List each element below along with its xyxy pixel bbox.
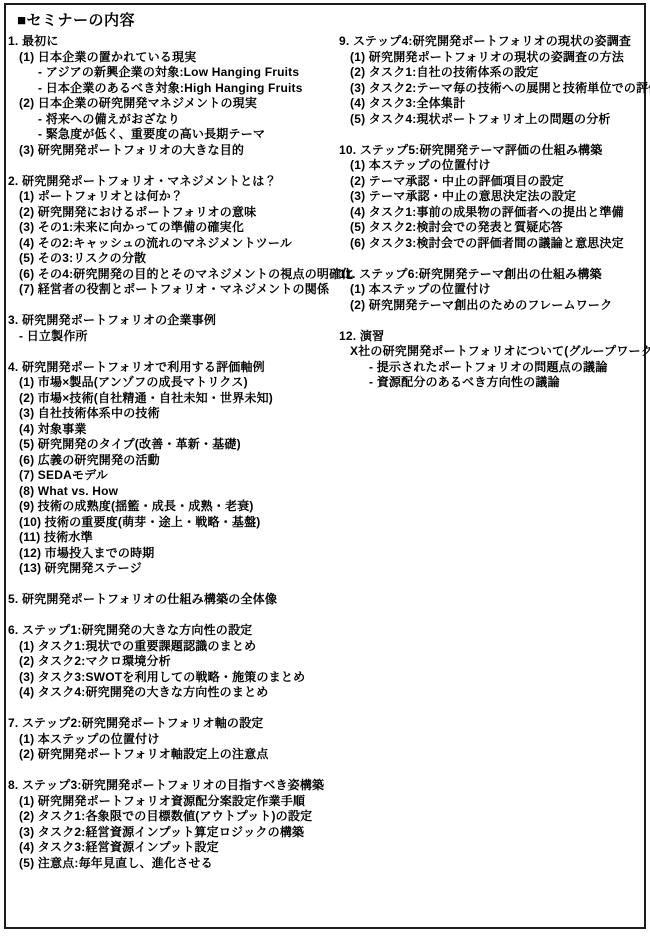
outline-item: (1) 研究開発ポートフォリオの現状の姿調査の方法 xyxy=(339,50,644,66)
outline-item: (5) 研究開発のタイプ(改善・革新・基礎) xyxy=(8,437,336,453)
outline-item: (6) その4:研究開発の目的とそのマネジメントの視点の明確化 xyxy=(8,267,336,283)
section-heading: 12. 演習 xyxy=(339,329,644,345)
section-heading: 10. ステップ5:研究開発テーマ評価の仕組み構築 xyxy=(339,143,644,159)
outline-section: 6. ステップ1:研究開発の大きな方向性の設定(1) タスク1:現状での重要課題… xyxy=(8,623,336,701)
outline-item: (11) 技術水準 xyxy=(8,530,336,546)
outline-section: 8. ステップ3:研究開発ポートフォリオの目指すべき姿構築(1) 研究開発ポート… xyxy=(8,778,336,871)
section-heading: 3. 研究開発ポートフォリオの企業事例 xyxy=(8,313,336,329)
document-page: { "title": "■セミナーの内容", "columns": { "lef… xyxy=(0,0,650,939)
outline-item: (3) その1:未来に向かっての準備の確実化 xyxy=(8,220,336,236)
outline-section: 5. 研究開発ポートフォリオの仕組み構築の全体像 xyxy=(8,592,336,608)
outline-section: 9. ステップ4:研究開発ポートフォリオの現状の姿調査(1) 研究開発ポートフォ… xyxy=(339,34,644,127)
outline-item: (9) 技術の成熟度(揺籃・成長・成熟・老衰) xyxy=(8,499,336,515)
outline-section: 11. ステップ6:研究開発テーマ創出の仕組み構築(1) 本ステップの位置付け(… xyxy=(339,267,644,314)
section-heading: 8. ステップ3:研究開発ポートフォリオの目指すべき姿構築 xyxy=(8,778,336,794)
outline-item: (2) 研究開発ポートフォリオ軸設定上の注意点 xyxy=(8,747,336,763)
section-heading: 5. 研究開発ポートフォリオの仕組み構築の全体像 xyxy=(8,592,336,608)
outline-item: (4) その2:キャッシュの流れのマネジメントツール xyxy=(8,236,336,252)
outline-item: - 緊急度が低く、重要度の高い長期テーマ xyxy=(8,127,336,143)
outline-section: 3. 研究開発ポートフォリオの企業事例- 日立製作所 xyxy=(8,313,336,344)
outline-item: (3) 自社技術体系中の技術 xyxy=(8,406,336,422)
outline-section: 12. 演習X社の研究開発ポートフォリオについて(グループワーク)- 提示された… xyxy=(339,329,644,391)
outline-item: (7) SEDAモデル xyxy=(8,468,336,484)
section-heading: 9. ステップ4:研究開発ポートフォリオの現状の姿調査 xyxy=(339,34,644,50)
outline-item: (3) タスク3:SWOTを利用しての戦略・施策のまとめ xyxy=(8,670,336,686)
outline-item: (1) ポートフォリオとは何か？ xyxy=(8,189,336,205)
outline-section: 2. 研究開発ポートフォリオ・マネジメントとは？(1) ポートフォリオとは何か？… xyxy=(8,174,336,298)
outline-item: (5) タスク4:現状ポートフォリオ上の問題の分析 xyxy=(339,112,644,128)
outline-item: (2) タスク2:マクロ環境分析 xyxy=(8,654,336,670)
outline-section: 1. 最初に(1) 日本企業の置かれている現実- アジアの新興企業の対象:Low… xyxy=(8,34,336,158)
outline-item: (2) タスク1:各象限での目標数値(アウトプット)の設定 xyxy=(8,809,336,825)
section-heading: 2. 研究開発ポートフォリオ・マネジメントとは？ xyxy=(8,174,336,190)
outline-item: (3) 研究開発ポートフォリオの大きな目的 xyxy=(8,143,336,159)
outline-item: - 日立製作所 xyxy=(8,329,336,345)
outline-item: (4) 対象事業 xyxy=(8,422,336,438)
outline-item: (1) 本ステップの位置付け xyxy=(339,282,644,298)
outline-item: - 将来への備えがおざなり xyxy=(8,112,336,128)
section-heading: 7. ステップ2:研究開発ポートフォリオ軸の設定 xyxy=(8,716,336,732)
outline-item: (6) タスク3:検討会での評価者間の議論と意思決定 xyxy=(339,236,644,252)
outline-item: (1) タスク1:現状での重要課題認識のまとめ xyxy=(8,639,336,655)
outline-item: (1) 日本企業の置かれている現実 xyxy=(8,50,336,66)
outline-item: (8) What vs. How xyxy=(8,484,336,500)
outline-item: (2) テーマ承認・中止の評価項目の設定 xyxy=(339,174,644,190)
section-heading: 1. 最初に xyxy=(8,34,336,50)
outline-item: (5) タスク2:検討会での発表と質疑応答 xyxy=(339,220,644,236)
outline-item: (4) タスク3:経営資源インプット設定 xyxy=(8,840,336,856)
outline-item: (12) 市場投入までの時期 xyxy=(8,546,336,562)
outline-item: (5) 注意点:毎年見直し、進化させる xyxy=(8,856,336,872)
outline-item: (4) タスク4:研究開発の大きな方向性のまとめ xyxy=(8,685,336,701)
outline-item: (5) その3:リスクの分散 xyxy=(8,251,336,267)
outline-item: (1) 本ステップの位置付け xyxy=(339,158,644,174)
outline-section: 7. ステップ2:研究開発ポートフォリオ軸の設定(1) 本ステップの位置付け(2… xyxy=(8,716,336,763)
outline-item: X社の研究開発ポートフォリオについて(グループワーク) xyxy=(339,344,644,360)
outline-item: - 日本企業のあるべき対象:High Hanging Fruits xyxy=(8,81,336,97)
outline-section: 4. 研究開発ポートフォリオで利用する評価軸例(1) 市場×製品(アンゾフの成長… xyxy=(8,360,336,577)
outline-item: (10) 技術の重要度(萌芽・途上・戦略・基盤) xyxy=(8,515,336,531)
outline-item: (3) タスク2:テーマ毎の技術への展開と技術単位での評価 xyxy=(339,81,644,97)
outline-section: 10. ステップ5:研究開発テーマ評価の仕組み構築(1) 本ステップの位置付け(… xyxy=(339,143,644,252)
outline-item: (2) 研究開発におけるポートフォリオの意味 xyxy=(8,205,336,221)
outline-item: (6) 広義の研究開発の活動 xyxy=(8,453,336,469)
section-heading: 6. ステップ1:研究開発の大きな方向性の設定 xyxy=(8,623,336,639)
outline-right-column: 9. ステップ4:研究開発ポートフォリオの現状の姿調査(1) 研究開発ポートフォ… xyxy=(339,34,644,406)
outline-item: (3) テーマ承認・中止の意思決定法の設定 xyxy=(339,189,644,205)
outline-left-column: 1. 最初に(1) 日本企業の置かれている現実- アジアの新興企業の対象:Low… xyxy=(8,34,336,887)
outline-item: (7) 経営者の役割とポートフォリオ・マネジメントの関係 xyxy=(8,282,336,298)
outline-item: (1) 研究開発ポートフォリオ資源配分案設定作業手順 xyxy=(8,794,336,810)
outline-item: (2) 研究開発テーマ創出のためのフレームワーク xyxy=(339,298,644,314)
outline-item: - アジアの新興企業の対象:Low Hanging Fruits xyxy=(8,65,336,81)
outline-item: (2) タスク1:自社の技術体系の設定 xyxy=(339,65,644,81)
outline-item: (2) 市場×技術(自社精通・自社未知・世界未知) xyxy=(8,391,336,407)
outline-item: (3) タスク2:経営資源インプット算定ロジックの構築 xyxy=(8,825,336,841)
outline-item: (2) 日本企業の研究開発マネジメントの現実 xyxy=(8,96,336,112)
outline-item: (4) タスク1:事前の成果物の評価者への提出と準備 xyxy=(339,205,644,221)
outline-item: - 提示されたポートフォリオの問題点の議論 xyxy=(339,360,644,376)
outline-item: (4) タスク3:全体集計 xyxy=(339,96,644,112)
page-title: ■セミナーの内容 xyxy=(17,9,135,30)
section-heading: 11. ステップ6:研究開発テーマ創出の仕組み構築 xyxy=(339,267,644,283)
outline-item: (13) 研究開発ステージ xyxy=(8,561,336,577)
outline-item: (1) 本ステップの位置付け xyxy=(8,732,336,748)
outline-item: (1) 市場×製品(アンゾフの成長マトリクス) xyxy=(8,375,336,391)
section-heading: 4. 研究開発ポートフォリオで利用する評価軸例 xyxy=(8,360,336,376)
outline-item: - 資源配分のあるべき方向性の議論 xyxy=(339,375,644,391)
